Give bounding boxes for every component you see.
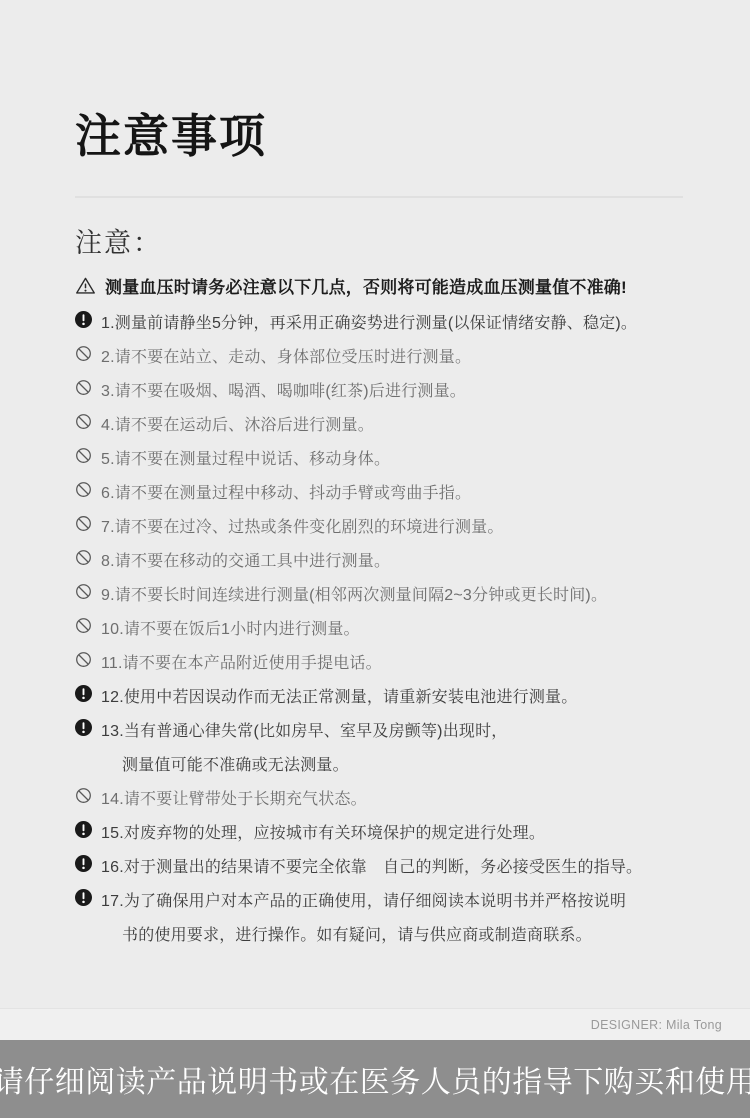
item-line: 1.测量前请静坐5分钟，再采用正确姿势进行测量(以保证情绪安静、稳定)。 <box>101 307 710 341</box>
item-icon-wrap <box>75 375 92 409</box>
warning-lead-text: 测量血压时请务必注意以下几点，否则将可能造成血压测量值不准确! <box>105 273 627 298</box>
item-icon-wrap <box>75 817 92 851</box>
item-icon-wrap <box>75 477 92 511</box>
list-item: 3.请不要在吸烟、喝酒、喝咖啡(红茶)后进行测量。 <box>75 375 710 409</box>
alert-circle-icon <box>75 817 92 851</box>
section-heading: 注意： <box>75 221 710 260</box>
alert-circle-icon <box>75 307 92 341</box>
list-item: 15.对废弃物的处理，应按城市有关环境保护的规定进行处理。 <box>75 817 710 851</box>
alert-circle-icon <box>75 885 92 919</box>
item-icon-wrap <box>75 647 92 681</box>
list-item: 16.对于测量出的结果请不要完全依靠 自己的判断，务必接受医生的指导。 <box>75 851 710 885</box>
list-item: 17.为了确保用户对本产品的正确使用，请仔细阅读本说明书并严格按说明书的使用要求… <box>75 885 710 953</box>
content-area: 注意事项 注意： 测量血压时请务必注意以下几点，否则将可能造成血压测量值不准确! <box>0 0 750 953</box>
list-item: 9.请不要长时间连续进行测量(相邻两次测量间隔2~3分钟或更长时间)。 <box>75 579 710 613</box>
list-item: 12.使用中若因误动作而无法正常测量，请重新安装电池进行测量。 <box>75 681 710 715</box>
prohibition-icon <box>75 579 92 613</box>
list-item: 6.请不要在测量过程中移动、抖动手臂或弯曲手指。 <box>75 477 710 511</box>
list-item: 14.请不要让臂带处于长期充气状态。 <box>75 783 710 817</box>
item-text: 17.为了确保用户对本产品的正确使用，请仔细阅读本说明书并严格按说明书的使用要求… <box>101 885 710 953</box>
item-icon-wrap <box>75 715 92 749</box>
item-line: 8.请不要在移动的交通工具中进行测量。 <box>101 545 710 579</box>
alert-circle-icon <box>75 715 92 749</box>
item-text: 4.请不要在运动后、沐浴后进行测量。 <box>101 409 710 443</box>
item-text: 2.请不要在站立、走动、身体部位受压时进行测量。 <box>101 341 710 375</box>
item-icon-wrap <box>75 783 92 817</box>
list-item: 4.请不要在运动后、沐浴后进行测量。 <box>75 409 710 443</box>
prohibition-icon <box>75 511 92 545</box>
warning-triangle-icon <box>75 276 96 295</box>
item-line: 3.请不要在吸烟、喝酒、喝咖啡(红茶)后进行测量。 <box>101 375 710 409</box>
item-text: 11.请不要在本产品附近使用手提电话。 <box>101 647 710 681</box>
item-icon-wrap <box>75 885 92 919</box>
page-title: 注意事项 <box>75 110 710 163</box>
item-icon-wrap <box>75 443 92 477</box>
item-text: 14.请不要让臂带处于长期充气状态。 <box>101 783 710 817</box>
prohibition-icon <box>75 375 92 409</box>
item-text: 3.请不要在吸烟、喝酒、喝咖啡(红茶)后进行测量。 <box>101 375 710 409</box>
list-item: 7.请不要在过冷、过热或条件变化剧烈的环境进行测量。 <box>75 511 710 545</box>
list-item: 13.当有普通心律失常(比如房早、室早及房颤等)出现时，测量值可能不准确或无法测… <box>75 715 710 783</box>
designer-band: DESIGNER: Mila Tong <box>0 1008 750 1040</box>
list-item: 8.请不要在移动的交通工具中进行测量。 <box>75 545 710 579</box>
item-icon-wrap <box>75 409 92 443</box>
item-text: 6.请不要在测量过程中移动、抖动手臂或弯曲手指。 <box>101 477 710 511</box>
item-line: 11.请不要在本产品附近使用手提电话。 <box>101 647 710 681</box>
item-icon-wrap <box>75 613 92 647</box>
item-text: 9.请不要长时间连续进行测量(相邻两次测量间隔2~3分钟或更长时间)。 <box>101 579 710 613</box>
item-line: 13.当有普通心律失常(比如房早、室早及房颤等)出现时， <box>101 715 710 749</box>
prohibition-icon <box>75 613 92 647</box>
precautions-list: 1.测量前请静坐5分钟，再采用正确姿势进行测量(以保证情绪安静、稳定)。 2.请… <box>75 307 710 953</box>
item-icon-wrap <box>75 511 92 545</box>
alert-circle-icon <box>75 681 92 715</box>
item-line: 12.使用中若因误动作而无法正常测量，请重新安装电池进行测量。 <box>101 681 710 715</box>
item-text: 10.请不要在饭后1小时内进行测量。 <box>101 613 710 647</box>
list-item: 10.请不要在饭后1小时内进行测量。 <box>75 613 710 647</box>
title-divider <box>75 196 683 198</box>
prohibition-icon <box>75 409 92 443</box>
list-item: 11.请不要在本产品附近使用手提电话。 <box>75 647 710 681</box>
item-text: 5.请不要在测量过程中说话、移动身体。 <box>101 443 710 477</box>
prohibition-icon <box>75 647 92 681</box>
prohibition-icon <box>75 477 92 511</box>
item-line: 16.对于测量出的结果请不要完全依靠 自己的判断，务必接受医生的指导。 <box>101 851 710 885</box>
item-text: 1.测量前请静坐5分钟，再采用正确姿势进行测量(以保证情绪安静、稳定)。 <box>101 307 710 341</box>
prohibition-icon <box>75 341 92 375</box>
item-icon-wrap <box>75 681 92 715</box>
warning-lead: 测量血压时请务必注意以下几点，否则将可能造成血压测量值不准确! <box>75 273 710 298</box>
prohibition-icon <box>75 783 92 817</box>
item-line: 4.请不要在运动后、沐浴后进行测量。 <box>101 409 710 443</box>
alert-circle-icon <box>75 851 92 885</box>
item-text: 7.请不要在过冷、过热或条件变化剧烈的环境进行测量。 <box>101 511 710 545</box>
item-line: 14.请不要让臂带处于长期充气状态。 <box>101 783 710 817</box>
item-line: 10.请不要在饭后1小时内进行测量。 <box>101 613 710 647</box>
item-text: 12.使用中若因误动作而无法正常测量，请重新安装电池进行测量。 <box>101 681 710 715</box>
bottom-banner-text: 请仔细阅读产品说明书或在医务人员的指导下购买和使用 <box>0 1057 750 1101</box>
item-line: 5.请不要在测量过程中说话、移动身体。 <box>101 443 710 477</box>
item-icon-wrap <box>75 851 92 885</box>
bottom-banner: 请仔细阅读产品说明书或在医务人员的指导下购买和使用 <box>0 1040 750 1118</box>
list-item: 1.测量前请静坐5分钟，再采用正确姿势进行测量(以保证情绪安静、稳定)。 <box>75 307 710 341</box>
item-icon-wrap <box>75 579 92 613</box>
item-text: 13.当有普通心律失常(比如房早、室早及房颤等)出现时，测量值可能不准确或无法测… <box>101 715 710 783</box>
item-line: 15.对废弃物的处理，应按城市有关环境保护的规定进行处理。 <box>101 817 710 851</box>
precautions-page: 注意事项 注意： 测量血压时请务必注意以下几点，否则将可能造成血压测量值不准确! <box>0 0 750 1118</box>
item-line: 9.请不要长时间连续进行测量(相邻两次测量间隔2~3分钟或更长时间)。 <box>101 579 710 613</box>
item-text: 16.对于测量出的结果请不要完全依靠 自己的判断，务必接受医生的指导。 <box>101 851 710 885</box>
item-text: 8.请不要在移动的交通工具中进行测量。 <box>101 545 710 579</box>
item-text: 15.对废弃物的处理，应按城市有关环境保护的规定进行处理。 <box>101 817 710 851</box>
item-icon-wrap <box>75 341 92 375</box>
list-item: 2.请不要在站立、走动、身体部位受压时进行测量。 <box>75 341 710 375</box>
prohibition-icon <box>75 443 92 477</box>
prohibition-icon <box>75 545 92 579</box>
list-item: 5.请不要在测量过程中说话、移动身体。 <box>75 443 710 477</box>
item-line: 书的使用要求，进行操作。如有疑问，请与供应商或制造商联系。 <box>101 919 710 953</box>
item-line: 17.为了确保用户对本产品的正确使用，请仔细阅读本说明书并严格按说明 <box>101 885 710 919</box>
item-icon-wrap <box>75 545 92 579</box>
item-line: 2.请不要在站立、走动、身体部位受压时进行测量。 <box>101 341 710 375</box>
designer-credit: DESIGNER: Mila Tong <box>591 1018 722 1032</box>
item-line: 6.请不要在测量过程中移动、抖动手臂或弯曲手指。 <box>101 477 710 511</box>
item-line: 测量值可能不准确或无法测量。 <box>101 749 710 783</box>
item-icon-wrap <box>75 307 92 341</box>
item-line: 7.请不要在过冷、过热或条件变化剧烈的环境进行测量。 <box>101 511 710 545</box>
